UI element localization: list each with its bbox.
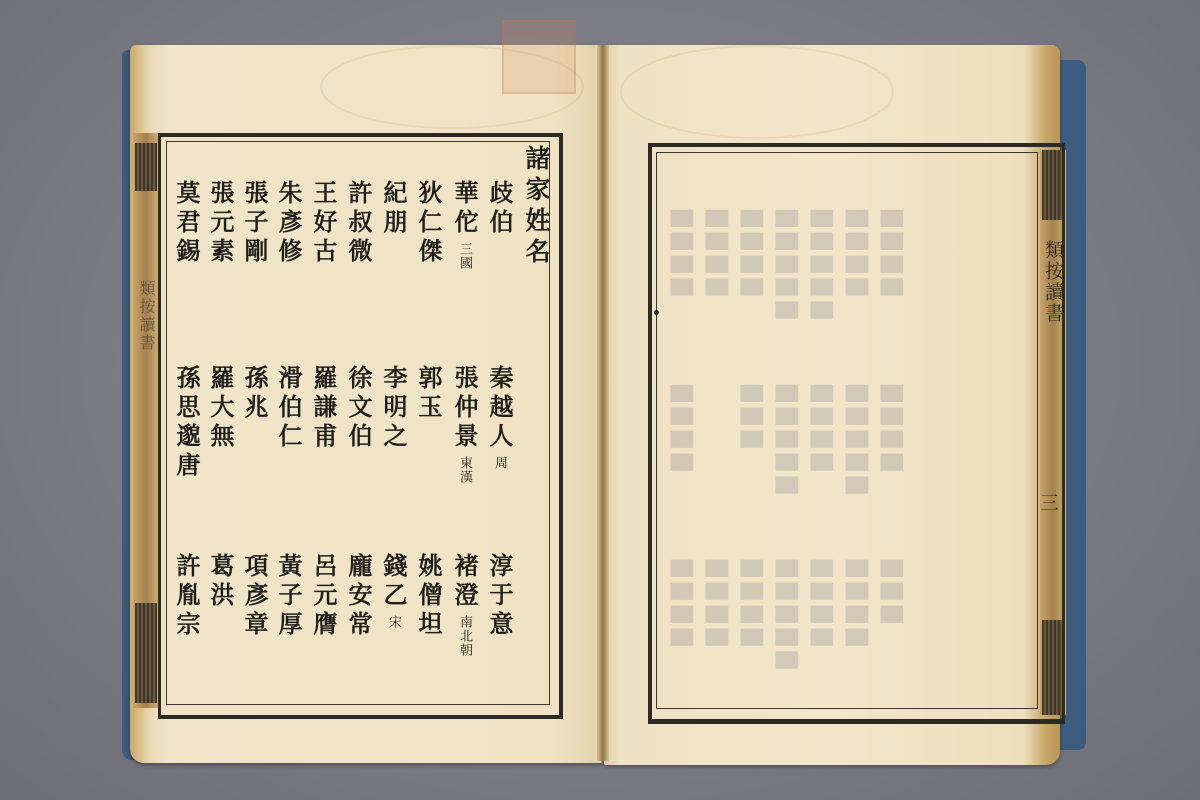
- name-column: 羅大無: [206, 365, 234, 452]
- name-column: 淳于意: [485, 553, 513, 640]
- name-column: 黃子厚: [274, 553, 302, 640]
- name-column: 郭玉: [414, 365, 442, 423]
- ink-dot: [654, 310, 659, 315]
- name-column: 朱彥修: [274, 180, 302, 267]
- dynasty-note: 三國: [450, 242, 478, 270]
- name-column: 姚僧坦: [414, 553, 442, 640]
- water-stain: [320, 45, 584, 129]
- name-column: 褚澄南北朝: [450, 553, 478, 657]
- name-column: 羅謙甫: [309, 365, 337, 452]
- name-column: 葛洪: [206, 553, 234, 611]
- name-column: 呂元膺: [309, 553, 337, 640]
- name-column: 張仲景東漢: [450, 365, 478, 484]
- dynasty-note: 周: [485, 456, 513, 470]
- dynasty-note: 東漢: [450, 456, 478, 484]
- name-column: 龐安常: [344, 553, 372, 640]
- name-column: 華佗三國: [450, 180, 478, 270]
- book-gutter: [597, 45, 609, 761]
- name-column: 莫君錫: [172, 180, 200, 267]
- fold-title-left: 類按讀書: [135, 280, 158, 352]
- name-column: 孫兆: [240, 365, 268, 423]
- name-column: 滑伯仁: [274, 365, 302, 452]
- name-column: 徐文伯: [344, 365, 372, 452]
- name-column: 歧伯: [485, 180, 513, 238]
- name-column: 許叔微: [344, 180, 372, 267]
- name-column: 張元素: [206, 180, 234, 267]
- fishtail-mark-icon: [135, 143, 157, 191]
- dynasty-note: 宋: [379, 615, 407, 629]
- dynasty-note: 南北朝: [450, 615, 478, 657]
- name-column: 許胤宗: [172, 553, 200, 640]
- name-column: 王好古: [309, 180, 337, 267]
- name-column: 李明之: [379, 365, 407, 452]
- dynasty-note: 唐: [172, 452, 201, 481]
- name-column: 錢乙宋: [379, 553, 407, 629]
- page-title: 諸家姓名: [522, 145, 550, 269]
- water-stain: [620, 45, 894, 139]
- name-column: 狄仁傑: [414, 180, 442, 267]
- name-column: 張子剛: [240, 180, 268, 267]
- fishtail-mark-icon: [135, 603, 157, 703]
- name-column: 項彥章: [240, 553, 268, 640]
- name-column: 秦越人周: [485, 365, 513, 470]
- left-fold-strip: [133, 133, 159, 708]
- name-column: 紀朋: [379, 180, 407, 238]
- name-column: 孫思邈唐: [172, 365, 200, 481]
